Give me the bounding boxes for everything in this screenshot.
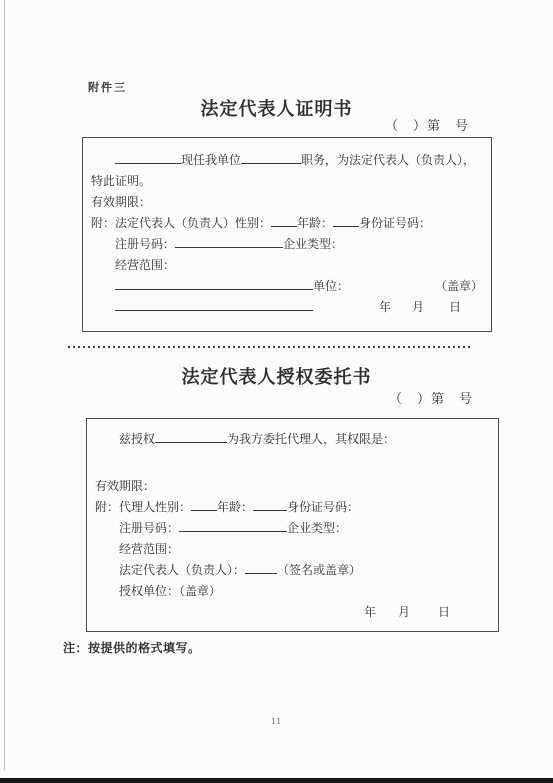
form-text: 日 [438, 602, 450, 623]
form-line: 附：代理人性别：年龄：身份证号码： [95, 497, 490, 518]
fill-in-blank-line [333, 214, 359, 227]
dotted-separator [68, 346, 470, 348]
form-line: 有效期限： [91, 192, 483, 213]
form-line: 注册号码：企业类型： [91, 234, 483, 255]
fill-in-blank-line [115, 298, 313, 311]
form-text: 注册号码： [115, 237, 175, 251]
form-text: 日 [449, 297, 461, 318]
form-line: 附：法定代表人（负责人）性别：年龄：身份证号码： [91, 213, 483, 234]
form-text: 授权单位：（盖章） [119, 584, 221, 598]
form-text: 兹授权 [119, 432, 155, 446]
form-text: 企业类型： [287, 521, 347, 535]
form-line: 年月日 [91, 297, 483, 318]
spacer [391, 310, 412, 311]
form-text: 单位： [313, 276, 349, 297]
scan-bottom-edge-line [0, 778, 553, 783]
form-line: 现任我单位职务，为法定代表人（负责人）， [91, 150, 483, 171]
form-text: 年 [364, 602, 376, 623]
footnote: 注：按提供的格式填写。 [63, 639, 201, 656]
authorization-title: 法定代表人授权委托书 [0, 363, 553, 389]
form-line: 经营范围： [91, 255, 483, 276]
form-line: 授权单位：（盖章） [95, 581, 490, 602]
form-line: 特此证明。 [91, 171, 483, 192]
form-text: 经营范围： [115, 258, 175, 272]
form-text: 有效期限： [91, 195, 151, 209]
form-text: 月 [398, 602, 410, 623]
authorization-doc-number: （ ）第 号 [389, 388, 473, 407]
form-text: 职务，为法定代表人（负责人）， [301, 153, 475, 167]
form-text: 附：代理人性别： [95, 500, 191, 514]
form-text: 年龄： [297, 216, 333, 230]
form-text: 为我方委托代理人，其权限是： [227, 432, 395, 446]
form-text: 年龄： [217, 500, 253, 514]
form-text: 经营范围： [119, 542, 179, 556]
attachment-label: 附件三 [88, 79, 127, 95]
form-line: 有效期限： [95, 476, 490, 497]
fill-in-blank-line [191, 498, 217, 511]
form-line: 兹授权为我方委托代理人，其权限是： [95, 429, 490, 450]
scanned-document-page: 附件三 法定代表人证明书 （ ）第 号 现任我单位职务，为法定代表人（负责人），… [0, 0, 553, 783]
form-text: 特此证明。 [91, 174, 151, 188]
certificate-title: 法定代表人证明书 [0, 95, 553, 121]
fill-in-blank-line [241, 151, 301, 164]
form-text: 企业类型： [283, 237, 343, 251]
spacer [410, 615, 438, 616]
certificate-form-box: 现任我单位职务，为法定代表人（负责人），特此证明。有效期限：附：法定代表人（负责… [82, 137, 492, 332]
form-text: 现任我单位 [181, 153, 241, 167]
authorization-form-box: 兹授权为我方委托代理人，其权限是：有效期限：附：代理人性别：年龄：身份证号码：注… [86, 418, 499, 632]
form-text: 年 [379, 297, 391, 318]
form-text: （签名或盖章） [277, 563, 361, 577]
spacer [424, 310, 449, 311]
form-text: 身份证号码： [287, 500, 359, 514]
form-text: 身份证号码： [359, 216, 431, 230]
form-line: 年月日 [95, 602, 490, 623]
form-line: 注册号码：企业类型： [95, 518, 490, 539]
form-text: 法定代表人（负责人）： [119, 563, 245, 577]
form-text: 有效期限： [95, 479, 155, 493]
fill-in-blank-line [115, 277, 313, 290]
fill-in-blank-line [253, 498, 287, 511]
form-text: 月 [412, 297, 424, 318]
fill-in-blank-line [175, 235, 283, 248]
form-line: 法定代表人（负责人）：（签名或盖章） [95, 560, 490, 581]
spacer [376, 615, 398, 616]
form-text: （盖章） [435, 276, 483, 297]
fill-in-blank-line [245, 561, 277, 574]
form-text: 注册号码： [119, 521, 179, 535]
certificate-doc-number: （ ）第 号 [385, 115, 469, 134]
fill-in-blank-line [179, 519, 287, 532]
form-line: 经营范围： [95, 539, 490, 560]
fill-in-blank-line [115, 151, 181, 164]
form-text: 附：法定代表人（负责人）性别： [91, 216, 271, 230]
page-number: 11 [0, 716, 553, 726]
fill-in-blank-line [155, 430, 227, 443]
fill-in-blank-line [271, 214, 297, 227]
form-line: 单位：（盖章） [91, 276, 483, 297]
